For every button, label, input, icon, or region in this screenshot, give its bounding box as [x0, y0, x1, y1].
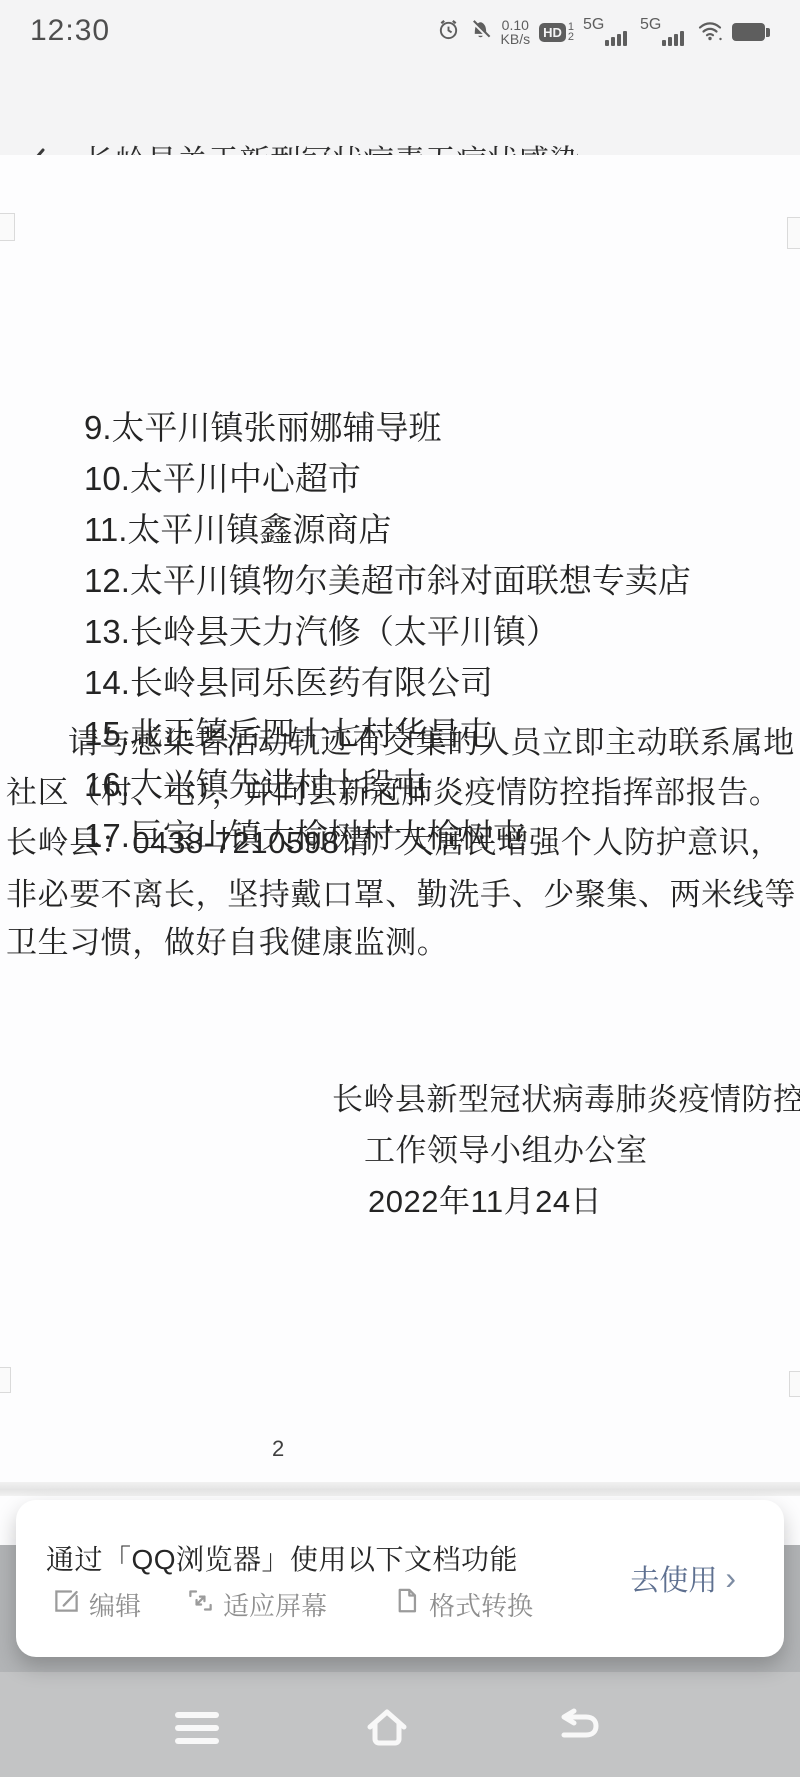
- back-button-nav[interactable]: [553, 1708, 603, 1751]
- list-item: 10.太平川中心超市: [84, 453, 691, 504]
- page-corner-mark: [789, 1371, 800, 1397]
- document-icon: [393, 1587, 420, 1621]
- status-bar: 12:30 0.10 KB/s HD 1 2: [0, 0, 800, 60]
- mute-bell-icon: [469, 18, 492, 46]
- network-speed: 0.10 KB/s: [501, 18, 531, 46]
- feature-label: 适应屏幕: [223, 1586, 327, 1623]
- feature-edit[interactable]: 编辑: [53, 1588, 141, 1620]
- paragraph-line: 请与感染者活动轨迹有交集的人员立即主动联系属地: [68, 717, 795, 762]
- page-number: 2: [272, 1436, 284, 1462]
- feature-label: 格式转换: [429, 1586, 533, 1623]
- feature-fit-screen[interactable]: 适应屏幕: [187, 1588, 327, 1620]
- list-item: 9.太平川镇张丽娜辅导班: [84, 402, 691, 453]
- go-use-button[interactable]: 去使用 ›: [630, 1558, 736, 1599]
- signature-line: 2022年11月24日: [368, 1176, 602, 1221]
- chevron-right-icon: ›: [725, 1564, 736, 1593]
- feature-label: 编辑: [89, 1586, 141, 1623]
- recents-menu-button[interactable]: [175, 1712, 219, 1744]
- sim2-signal-icon: 5G: [640, 15, 688, 49]
- page-corner-mark: [787, 217, 800, 249]
- hd-volte-icon: HD 1 2: [539, 22, 574, 42]
- list-item: 14.长岭县同乐医药有限公司: [84, 657, 691, 708]
- clock-time: 12:30: [30, 14, 110, 48]
- list-item: 13.长岭县天力汽修（太平川镇）: [84, 606, 691, 657]
- promo-title: 通过「QQ浏览器」使用以下文档功能: [46, 1538, 518, 1578]
- page-corner-mark: [0, 1367, 11, 1393]
- document-preview-page[interactable]: 9.太平川镇张丽娜辅导班 10.太平川中心超市 11.太平川镇鑫源商店 12.太…: [0, 155, 800, 1545]
- page-separator: [0, 1482, 800, 1496]
- page-corner-mark: [0, 213, 15, 241]
- alarm-icon: [437, 18, 460, 46]
- wifi-icon: [697, 18, 723, 47]
- status-icons: 0.10 KB/s HD 1 2 5G 5G: [437, 10, 770, 54]
- sim1-signal-icon: 5G: [583, 15, 631, 49]
- battery-icon: [732, 23, 770, 41]
- paragraph-line: 社区（村、屯），并向县新冠肺炎疫情防控指挥部报告。: [6, 767, 781, 812]
- paragraph-line: 长岭县：0438-7210598请广大居民增强个人防护意识，: [6, 817, 782, 862]
- feature-format-convert[interactable]: 格式转换: [393, 1588, 533, 1620]
- signature-line: 长岭县新型冠状病毒肺炎疫情防控: [332, 1074, 800, 1119]
- fit-screen-icon: [187, 1587, 214, 1621]
- signature-line: 工作领导小组办公室: [364, 1125, 648, 1170]
- file-preview-header: 长岭县关于新型冠状病毒无症状感染… 文件预览: [0, 60, 800, 155]
- qq-browser-promo-card[interactable]: 通过「QQ浏览器」使用以下文档功能 去使用 › 编辑 适应屏幕: [16, 1500, 784, 1657]
- list-item: 11.太平川镇鑫源商店: [84, 504, 691, 555]
- edit-icon: [53, 1587, 80, 1621]
- home-button[interactable]: [360, 1700, 414, 1759]
- paragraph-line: 非必要不离长，坚持戴口罩、勤洗手、少聚集、两米线等: [6, 869, 796, 914]
- list-item: 12.太平川镇物尔美超市斜对面联想专卖店: [84, 555, 691, 606]
- paragraph-line: 卫生习惯，做好自我健康监测。: [6, 917, 448, 962]
